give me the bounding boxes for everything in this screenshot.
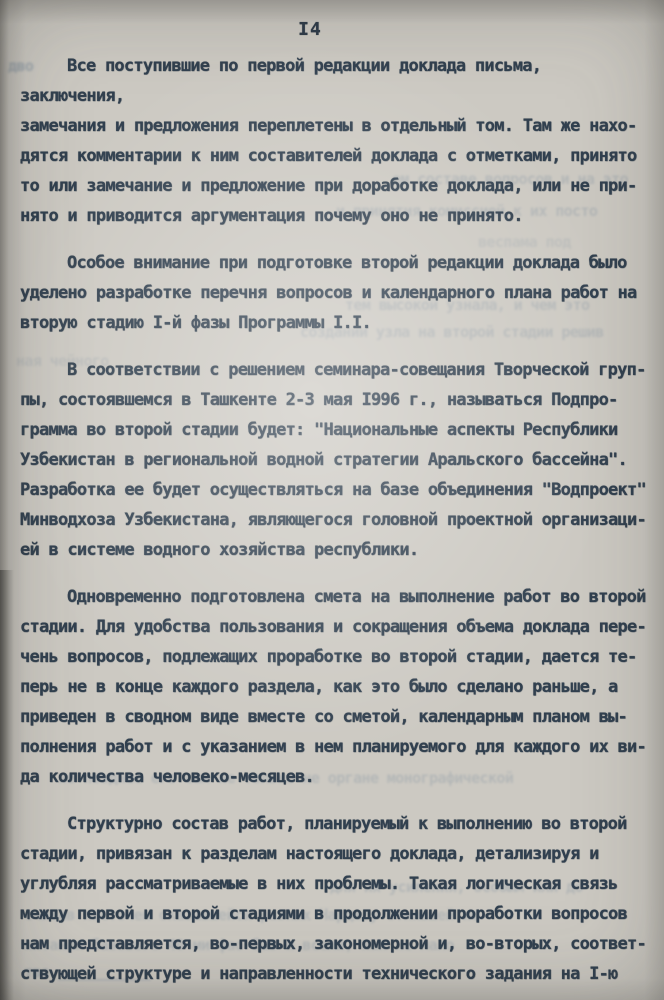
paragraph-2: Особое внимание при подготовке второй ре… bbox=[20, 248, 652, 338]
paragraph-4: Одновременно подготовлена смета на выпол… bbox=[20, 582, 652, 792]
document-body: Все поступившие по первой редакции докла… bbox=[20, 51, 652, 1000]
scanned-document-page: { "document": { "page_number": "I4", "pa… bbox=[0, 0, 664, 1000]
paragraph-1: Все поступившие по первой редакции докла… bbox=[20, 51, 652, 231]
paragraph-3: В соответствии с решением семинара-совещ… bbox=[20, 355, 652, 565]
page-number: I4 bbox=[288, 19, 332, 40]
scan-edge-shadow bbox=[0, 570, 14, 1000]
paragraph-5: Структурно состав работ, планируемый к в… bbox=[20, 809, 652, 989]
